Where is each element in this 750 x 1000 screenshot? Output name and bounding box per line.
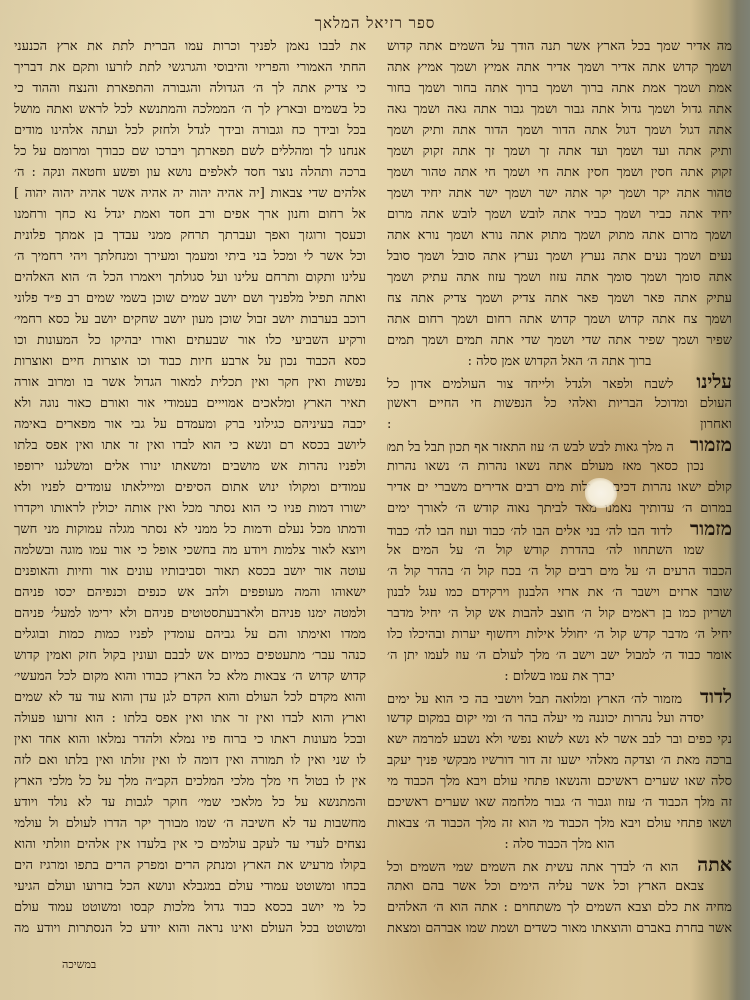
text-line: ואחרון : — [387, 414, 732, 435]
text-line: נפשות ואין חקר ואין תכלית למאור הגדול אש… — [14, 372, 366, 393]
text-line: אומר כבוד ה׳ למבול ישב וישב ה׳ מלך לעולם… — [387, 645, 732, 666]
text-line: יסדה ועל נהרות יכוננה מי יעלה בהר ה׳ ומי… — [387, 708, 732, 729]
text-line: והמתנשא על כל מלאכי שמי׳ חוקר לגבות עד ל… — [14, 792, 366, 813]
text-line: זה מלך הכבוד ה׳ עזוז וגבור ה׳ גבור מלחמה… — [387, 792, 732, 813]
text-line: ישורו דמות פניו כי הוא נסתר מכל ואין אות… — [14, 498, 366, 519]
text-line: ומשוטט בכל העולם ואינו נראה והוא יודע כל… — [14, 918, 366, 939]
text-line: מחשבות עד לא חשיבה ה׳ שמו מבורך יקר הדרו… — [14, 813, 366, 834]
text-line: ממדו ואימתו והם על גביהם עומדין לפניו כמ… — [14, 624, 366, 645]
text-line: עתיק אתה פאר ושמך פאר אתה צדיק ושמך צדיק… — [387, 288, 732, 309]
text-line: טהור אתה יקר ושמך יקר אתה ישר ושמך ישר א… — [387, 183, 732, 204]
text-line: יכבה בעיניהם כגילוני ברק ומעמדם על גבי א… — [14, 414, 366, 435]
text-line: במרום ה׳ עדותיך נאמנו מאד לביתך נאוה קוד… — [387, 498, 732, 519]
text-line: אתה גדול ושמך גדול אתה גבור ושמך גבור את… — [387, 99, 732, 120]
text-line: נצחים לעדי עד לעקב עולמים כי אין בלעדו א… — [14, 834, 366, 855]
text-line: ואתה תפיל מלפניך ושם יושב שמים שוכן בשמי… — [14, 288, 366, 309]
text-line: אין לו בטול חי מלך מלכי המלכים הקב״ה מלך… — [14, 771, 366, 792]
text-line: ושמך קדוש אתה אדיר ושמך אדיר אתה אמיץ וש… — [387, 57, 732, 78]
text-line: כי צדיק אתה לך ה׳ הגדולה והגבורה והתפארת… — [14, 78, 366, 99]
text-line: אתה סומך ושמך סומך אתה עזוז ושמך עזוז את… — [387, 267, 732, 288]
text-line: לו שני ואין לו תמורה ואין דומה לו ואין ז… — [14, 750, 366, 771]
running-head: ספר רזיאל המלאך — [0, 14, 750, 33]
catchword: במשיכה — [62, 958, 96, 971]
text-line: ויוצא לאור צלמות ויודע מה בחשכי אופל כי … — [14, 540, 366, 561]
text-line: צבאם הארץ וכל אשר עליה הימים וכל אשר בהם… — [387, 876, 732, 897]
text-line: זקוק אתה חסין ושמך חסין אתה חי ושמך חי א… — [387, 162, 732, 183]
text-line: יחיל ה׳ מדבר קדש קול ה׳ יחולל אילות ויחש… — [387, 624, 732, 645]
text-line: רוכב בערבות יושב זבול שוכן מעון יושב שחק… — [14, 309, 366, 330]
text-line: תאיר הארץ ומלאכים אמוייים בעמודי אור ואו… — [14, 393, 366, 414]
text-line: אתה דגול ושמך דגול אתה הדור ושמך הדור את… — [387, 120, 732, 141]
section-initial-word: מזמור — [690, 519, 732, 540]
text-line: את לבבו נאמן לפניך וכרות עמו הברית לתת א… — [14, 36, 366, 57]
text-line: לדוד מזמור לה׳ הארץ ומלואה תבל ויושבי בה… — [387, 687, 732, 708]
text-line: הוא מלך הכבוד סלה : — [387, 834, 732, 855]
text-line: נעים ושמך נעים אתה נערץ ושמך נערץ אתה סו… — [387, 246, 732, 267]
text-line: כל מי יושב בכסא כבוד גדול מלכות קבסו ומש… — [14, 897, 366, 918]
text-line: קדוש קדוש ה׳ צבאות מלא כל הארץ כבודו והו… — [14, 666, 366, 687]
text-line: ודמתו מכל נעלם ודמות כל ממני לא נסתר מגל… — [14, 519, 366, 540]
text-line: ברכה ותהלה נוצר חסד לאלפים נושא עון ופשע… — [14, 162, 366, 183]
text-line: נקי כפים ובר לבב אשר לא נשא לשוא נפשי ול… — [387, 729, 732, 750]
text-line: ורקיע השביעי כלו אור שבעתים ואורו יבהיקו… — [14, 330, 366, 351]
section-initial-word: עלינו — [696, 372, 732, 393]
text-line: אשר בחרת באברם והוצאתו מאור כשדים ושמת ש… — [387, 918, 732, 939]
text-line: שובר ארזים וישבר ה׳ את ארזי הלבנון וירקי… — [387, 582, 732, 603]
text-line: ליושב בכסא רם ונשא כי הוא לבדו ואין זר א… — [14, 435, 366, 456]
section-initial-word: מזמור — [690, 435, 732, 456]
text-line: וכל אשר לי ומכל בני ביתי ומעמך ומעירך ומ… — [14, 246, 366, 267]
text-line: עלינו ותקום ותרחם עלינו ועל סגולתך ויאמר… — [14, 267, 366, 288]
text-line: וארץ והוא לבדו ואין זר אתו ואין אפס בלתו… — [14, 708, 366, 729]
section-initial-word: אתה — [697, 855, 732, 876]
text-line: שמו השתחוו לה׳ בהדרת קודש קול ה׳ על המים… — [387, 540, 732, 561]
text-line: אמת ושמך אמת אתה ברוך ושמך ברוך אתה בחור… — [387, 78, 732, 99]
text-line: עמודים ומקולו ינוש אתום הסיפים ומיילאתו … — [14, 477, 366, 498]
text-line: עוטה אור יושב בכסא תאור וסביבותיו עונים … — [14, 561, 366, 582]
text-line: ותיק אתה ועד ושמך ועד אתה זך ושמך זך אתה… — [387, 141, 732, 162]
text-line: והוא מקדם לכל העולם והוא הקדם לגן עדן וה… — [14, 687, 366, 708]
section-initial-word: לדוד — [700, 687, 732, 708]
text-line: ושאו פתחי עולם ויבא מלך הכבוד מי הוא זה … — [387, 813, 732, 834]
text-line: העולם ומדוכל הבריות ואלהי כל הנפשות חי ה… — [387, 393, 732, 414]
text-line: בקולו מרעיש את הארץ ומנתק הרים ומפרק הרי… — [14, 855, 366, 876]
text-line: אל רחום וחנון ארך אפים ורב חסד ואמת יגדל… — [14, 204, 366, 225]
text-line: נכון כסאך מאז מעולם אתה נשאו נהרות ה׳ נש… — [387, 456, 732, 477]
text-line: שפיר ושמך שפיר אתה שדי ושמך שדי אתה תמים… — [387, 330, 732, 351]
text-line: יחיד אתה כביר ושמך כביר אתה לובש ושמך לו… — [387, 204, 732, 225]
text-line: מזמור לדוד הבו לה׳ בני אלים הבו לה׳ כבוד… — [387, 519, 732, 540]
text-line: ולמטה ימנו פניהם ולארבעתסטוטים פניהם ולא… — [14, 603, 366, 624]
text-line: סלה שאו שערים ראשיכם והנשאו פתחי עולם וי… — [387, 771, 732, 792]
paper-damage-hole — [585, 478, 617, 508]
text-line: אתה הוא ה׳ לבדך אתה עשית את השמים שמי הש… — [387, 855, 732, 876]
text-line: ברכה מאת ה׳ וצדקה מאלהי ישעו זה דור דורש… — [387, 750, 732, 771]
book-page: ספר רזיאל המלאך מה אדיר שמך בכל הארץ אשר… — [0, 0, 750, 1000]
text-line: ושריון כמו בן ראמים קול ה׳ חוצב להבות אש… — [387, 603, 732, 624]
text-line: מחיה את כלם וצבא השמים לך משתחוים : אתה … — [387, 897, 732, 918]
text-line: בכחו ומשוטט עמודי עולם במגבלא ונושא הכל … — [14, 876, 366, 897]
text-line: בכל ובידך כח וגבורה ובידך לגדל ולחזק לכל… — [14, 120, 366, 141]
text-line: ולפניו נהרות אש מושבים ומשאתו ינורו אלים… — [14, 456, 366, 477]
text-line: ושמך צח אתה קדוש ושמך קדוש אתה רחום ושמך… — [387, 309, 732, 330]
text-line: קולם ישאו נהרות דכים מקולות מים רבים אדי… — [387, 477, 732, 498]
text-line: ובכל מעונות ראתו כי ברוח פיו נמלא ולהדר … — [14, 729, 366, 750]
text-line: מה אדיר שמך בכל הארץ אשר תנה הודך על השמ… — [387, 36, 732, 57]
text-line: אלהים שדי צבאות [יה אהיה יהוה יה אהיה אש… — [14, 183, 366, 204]
text-line: הכבוד הרעים ה׳ על מים רבים קול ה׳ בכח קו… — [387, 561, 732, 582]
text-line: עלינו לשבח ולפאר ולגדל ולייחד צור העולמי… — [387, 372, 732, 393]
text-line: כנהר עבר׳ מתעטפים כמיום אש לבבם ועונין ב… — [14, 645, 366, 666]
right-column: מה אדיר שמך בכל הארץ אשר תנה הודך על השמ… — [387, 36, 732, 939]
text-line: ברוך אתה ה׳ האל הקדוש אמן סלה : — [387, 351, 732, 372]
text-line: אנחנו לך ומהללים לשם תפארתך ויברכו שם כב… — [14, 141, 366, 162]
text-line: ישאוהו והמה מעופפים ולהב אש כנפים וכנפיה… — [14, 582, 366, 603]
left-column: את לבבו נאמן לפניך וכרות עמו הברית לתת א… — [14, 36, 366, 939]
text-line: כל בשמים ובארץ לך ה׳ הממלכה והמתנשא לכל … — [14, 99, 366, 120]
text-line: החתי האמורי והפריזי והיבוסי והגרגשי לתת … — [14, 57, 366, 78]
text-line: וכעסך ורוגזך ואפך ועברתך תרחק ממני עבדך … — [14, 225, 366, 246]
text-line: ושמך מרום אתה מתוק ושמך מתוק אתה נורא וש… — [387, 225, 732, 246]
text-line: מזמור ה מלך גאות לבש לבש ה׳ עוז התאזר אף… — [387, 435, 732, 456]
text-line: כסא הכבוד נכון על ארבע חיות כבוד וכו אוצ… — [14, 351, 366, 372]
text-line: יברך את עמו בשלום : — [387, 666, 732, 687]
